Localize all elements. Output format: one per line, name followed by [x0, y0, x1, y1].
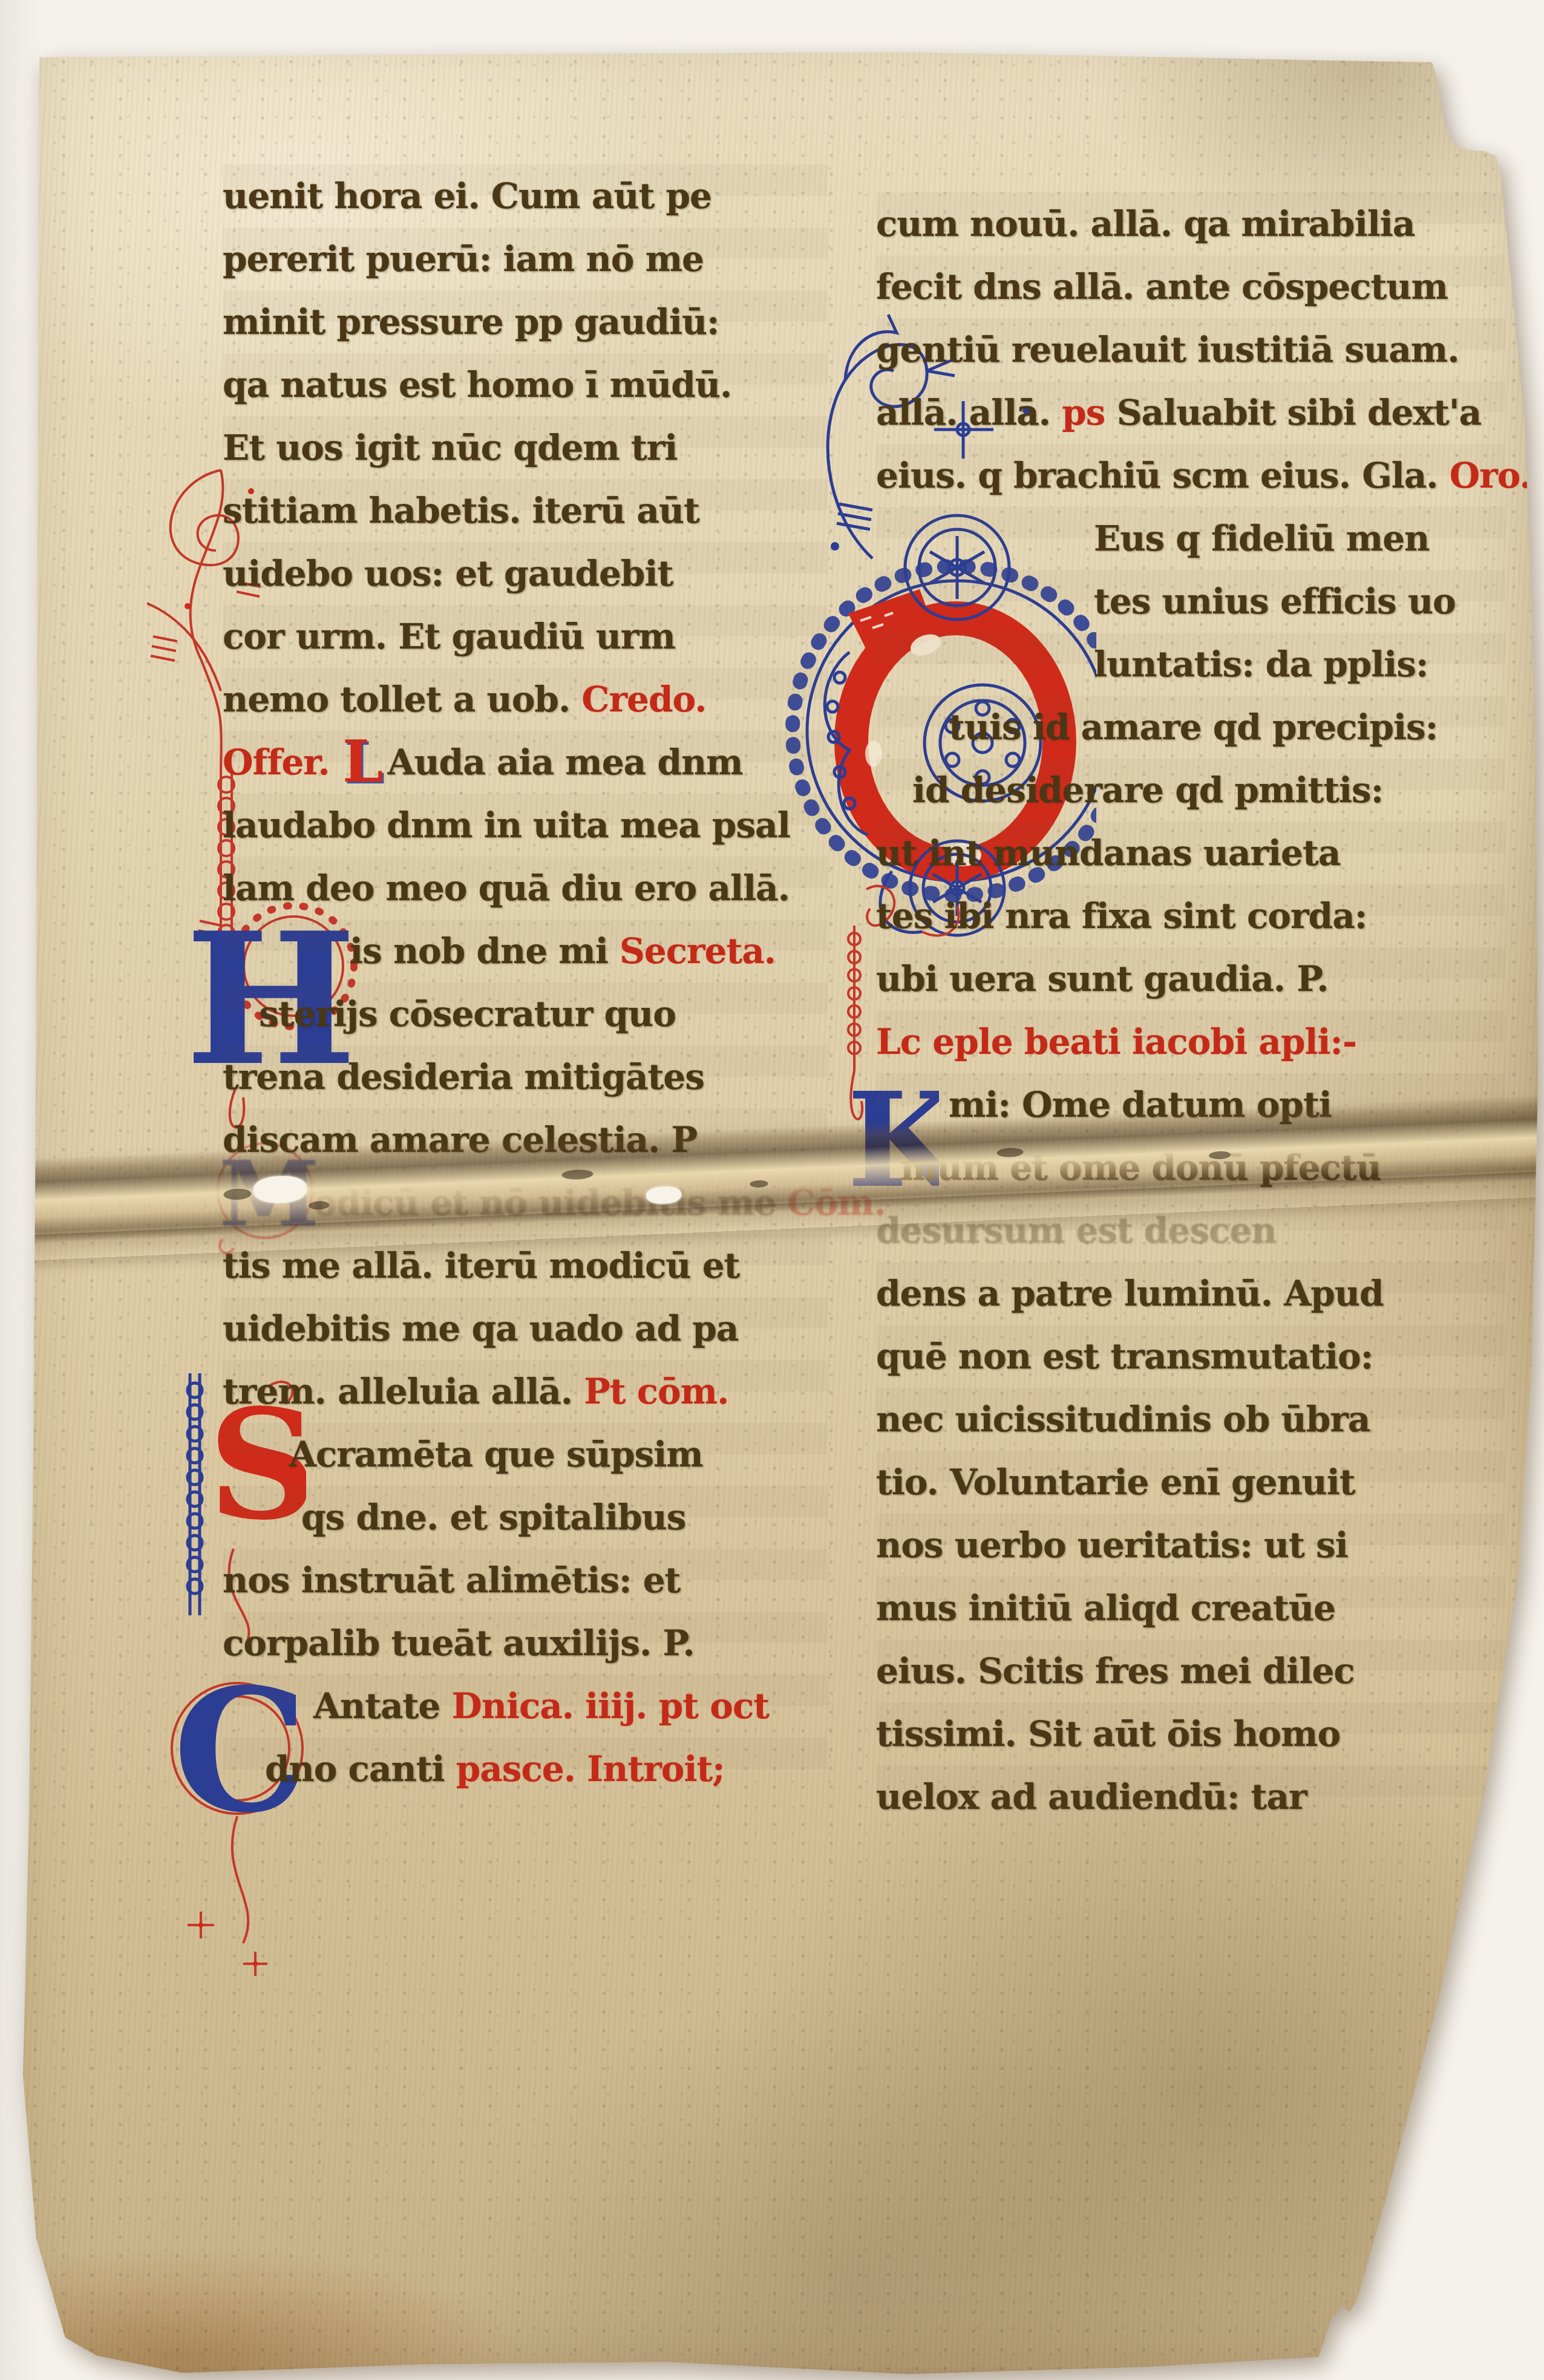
- body-text: quē non est transmutatio:: [876, 1336, 1373, 1377]
- text-line: cum nouū. allā. qa mirabilia: [876, 192, 1505, 255]
- text-line: luntatis: da pplis:: [876, 633, 1505, 696]
- body-text: qa natus est homo ī mūdū.: [223, 364, 731, 405]
- body-text: Acramēta que sūpsim: [289, 1434, 703, 1475]
- text-line: stitiam habetis. iterū aūt: [223, 479, 828, 542]
- text-line: Et uos igit nūc qdem tri: [223, 416, 828, 479]
- body-text: minit pressure pp gaudiū:: [223, 301, 719, 342]
- body-text: mus initiū aliqd creatūe: [876, 1587, 1335, 1629]
- body-text: cor urm. Et gaudiū urm: [223, 616, 675, 657]
- text-column-right: cum nouū. allā. qa mirabiliafecit dns al…: [876, 192, 1505, 1828]
- body-text: id desiderare qd pmittis:: [912, 770, 1383, 811]
- text-line: Antate Dnica. iiij. pt oct: [223, 1675, 828, 1738]
- rubric-text: Lc eple beati iacobi apli:-: [876, 1021, 1356, 1062]
- text-line: minit pressure pp gaudiū:: [223, 290, 828, 353]
- text-line: Offer. LAuda aia mea dnm: [223, 731, 828, 794]
- fold-damage-spot: [223, 1188, 252, 1200]
- text-line: corpalib tueāt auxilijs. P.: [223, 1612, 828, 1675]
- text-line: Acramēta que sūpsim: [223, 1423, 828, 1486]
- rubric-text: Secreta.: [620, 930, 776, 972]
- fold-damage-spot: [996, 1148, 1024, 1158]
- text-line: allā. allā. ps Saluabit sibi dext'a: [876, 381, 1505, 444]
- rubric-text: Offer.: [223, 742, 341, 783]
- parchment-hole: [253, 1175, 307, 1204]
- body-text: tes unius efficis uo: [1094, 581, 1456, 622]
- body-text: is nob dne mi: [350, 930, 620, 972]
- rubric-text: ps: [1062, 392, 1116, 433]
- body-text: ubi uera sunt gaudia. P.: [876, 958, 1328, 999]
- text-line: tes unius efficis uo: [876, 570, 1505, 633]
- body-text: uenit hora ei. Cum aūt pe: [223, 175, 711, 217]
- rubric-text: pasce. Introit;: [456, 1748, 725, 1790]
- body-text: tuis id amare qd precipis:: [949, 707, 1438, 748]
- body-text: eius. Scitis fres mei dilec: [876, 1650, 1355, 1692]
- body-text: tissimi. Sit aūt ōis homo: [876, 1713, 1340, 1754]
- body-text: lam deo meo quā diu ero allā.: [223, 868, 790, 909]
- body-text: cum nouū. allā. qa mirabilia: [876, 203, 1415, 244]
- scanned-page: { "manuscript": { "colors": { "scan_back…: [0, 0, 1544, 2380]
- text-line: nos uerbo ueritatis: ut si: [876, 1514, 1505, 1577]
- text-line: ut int mundanas uarieta: [876, 822, 1505, 884]
- text-line: ubi uera sunt gaudia. P.: [876, 947, 1505, 1010]
- rubric-text: Credo.: [581, 679, 706, 720]
- body-text: Eus q fideliū men: [1094, 518, 1429, 559]
- text-line: tuis id amare qd precipis:: [876, 696, 1505, 759]
- fold-damage-spot: [750, 1180, 768, 1188]
- text-line: nemo tollet a uob. Credo.: [223, 668, 828, 731]
- body-text: tio. Voluntarie enī genuit: [876, 1462, 1355, 1503]
- text-line: pererit puerū: iam nō me: [223, 227, 828, 290]
- text-line: laudabo dnm in uita mea psal: [223, 794, 828, 857]
- body-text: dens a patre luminū. Apud: [876, 1273, 1383, 1314]
- text-line: gentiū reuelauit iustitiā suam.: [876, 318, 1505, 381]
- body-text: uidebo uos: et gaudebit: [223, 553, 673, 594]
- text-line: tio. Voluntarie enī genuit: [876, 1451, 1505, 1514]
- body-text: stitiam habetis. iterū aūt: [223, 490, 699, 531]
- text-line: uenit hora ei. Cum aūt pe: [223, 165, 828, 227]
- text-line: nec uicissitudinis ob ūbra: [876, 1388, 1505, 1451]
- body-text: qs dne. et spitalibus: [301, 1497, 685, 1538]
- text-line: eius. q brachiū scm eius. Gla. Oro.: [876, 444, 1505, 507]
- body-text: sterijs cōsecratur quo: [259, 993, 676, 1035]
- body-text: pererit puerū: iam nō me: [223, 238, 704, 280]
- text-line: qa natus est homo ī mūdū.: [223, 353, 828, 416]
- text-line: fecit dns allā. ante cōspectum: [876, 255, 1505, 318]
- text-line: dno canti pasce. Introit;: [223, 1738, 828, 1800]
- text-line: nos instruāt alimētis: et: [223, 1549, 828, 1612]
- text-line: dens a patre luminū. Apud: [876, 1262, 1505, 1325]
- body-text: Saluabit sibi dext'a: [1117, 392, 1481, 433]
- text-line: cor urm. Et gaudiū urm: [223, 605, 828, 668]
- body-text: luntatis: da pplis:: [1094, 644, 1428, 685]
- text-line: trem. alleluia allā. Pt cōm.: [223, 1360, 828, 1423]
- body-text: Et uos igit nūc qdem tri: [223, 427, 677, 468]
- body-text: nos instruāt alimētis: et: [223, 1560, 680, 1601]
- body-text: eius. q brachiū scm eius. Gla.: [876, 455, 1450, 496]
- text-line: quē non est transmutatio:: [876, 1325, 1505, 1388]
- manuscript-leaf: D H M: [0, 0, 1544, 2380]
- text-line: Eus q fideliū men: [876, 507, 1505, 570]
- text-line: uidebitis me qa uado ad pa: [223, 1297, 828, 1360]
- text-line: qs dne. et spitalibus: [223, 1486, 828, 1549]
- body-text: nemo tollet a uob.: [223, 679, 581, 720]
- body-text: gentiū reuelauit iustitiā suam.: [876, 329, 1459, 370]
- text-column-left: uenit hora ei. Cum aūt pepererit puerū: …: [223, 165, 828, 1800]
- text-line: is nob dne mi Secreta.: [223, 920, 828, 982]
- fold-damage-spot: [309, 1201, 330, 1210]
- body-text: allā. allā.: [876, 392, 1062, 433]
- parchment-hole: [646, 1186, 681, 1204]
- body-text: trena desideria mitigātes: [223, 1056, 704, 1097]
- text-line: uidebo uos: et gaudebit: [223, 542, 828, 605]
- manuscript-leaf-wrap: D H M: [0, 0, 1544, 2380]
- text-line: Lc eple beati iacobi apli:-: [876, 1010, 1505, 1073]
- rubric-text: Pt cōm.: [584, 1371, 728, 1412]
- body-text: trem. alleluia allā.: [223, 1371, 584, 1412]
- text-line: lam deo meo quā diu ero allā.: [223, 857, 828, 920]
- body-text: Antate: [313, 1685, 451, 1727]
- text-line: eius. Scitis fres mei dilec: [876, 1640, 1505, 1702]
- body-text: corpalib tueāt auxilijs. P.: [223, 1623, 695, 1664]
- text-line: tissimi. Sit aūt ōis homo: [876, 1702, 1505, 1765]
- text-line: uelox ad audiendū: tar: [876, 1765, 1505, 1828]
- illuminated-initial: L: [342, 744, 383, 780]
- body-text: tis me allā. iterū modicū et: [223, 1245, 739, 1286]
- body-text: nec uicissitudinis ob ūbra: [876, 1399, 1370, 1440]
- body-text: laudabo dnm in uita mea psal: [223, 805, 790, 846]
- body-text: ut int mundanas uarieta: [876, 832, 1340, 874]
- text-line: mus initiū aliqd creatūe: [876, 1577, 1505, 1640]
- text-line: tes ibi nra fixa sint corda:: [876, 884, 1505, 947]
- body-text: Auda aia mea dnm: [387, 742, 742, 783]
- body-text: fecit dns allā. ante cōspectum: [876, 266, 1448, 307]
- rubric-text: Dnica. iiij. pt oct: [451, 1685, 769, 1727]
- body-text: tes ibi nra fixa sint corda:: [876, 895, 1367, 937]
- body-text: nos uerbo ueritatis: ut si: [876, 1525, 1348, 1566]
- body-text: uelox ad audiendū: tar: [876, 1776, 1307, 1817]
- body-text: dno canti: [265, 1748, 456, 1790]
- rubric-text: Oro.: [1450, 455, 1531, 496]
- text-line: id desiderare qd pmittis:: [876, 759, 1505, 822]
- body-text: uidebitis me qa uado ad pa: [223, 1308, 738, 1349]
- fold-damage-spot: [1209, 1151, 1231, 1159]
- text-line: sterijs cōsecratur quo: [223, 982, 828, 1045]
- fold-damage-spot: [561, 1169, 594, 1180]
- text-line: trena desideria mitigātes: [223, 1045, 828, 1108]
